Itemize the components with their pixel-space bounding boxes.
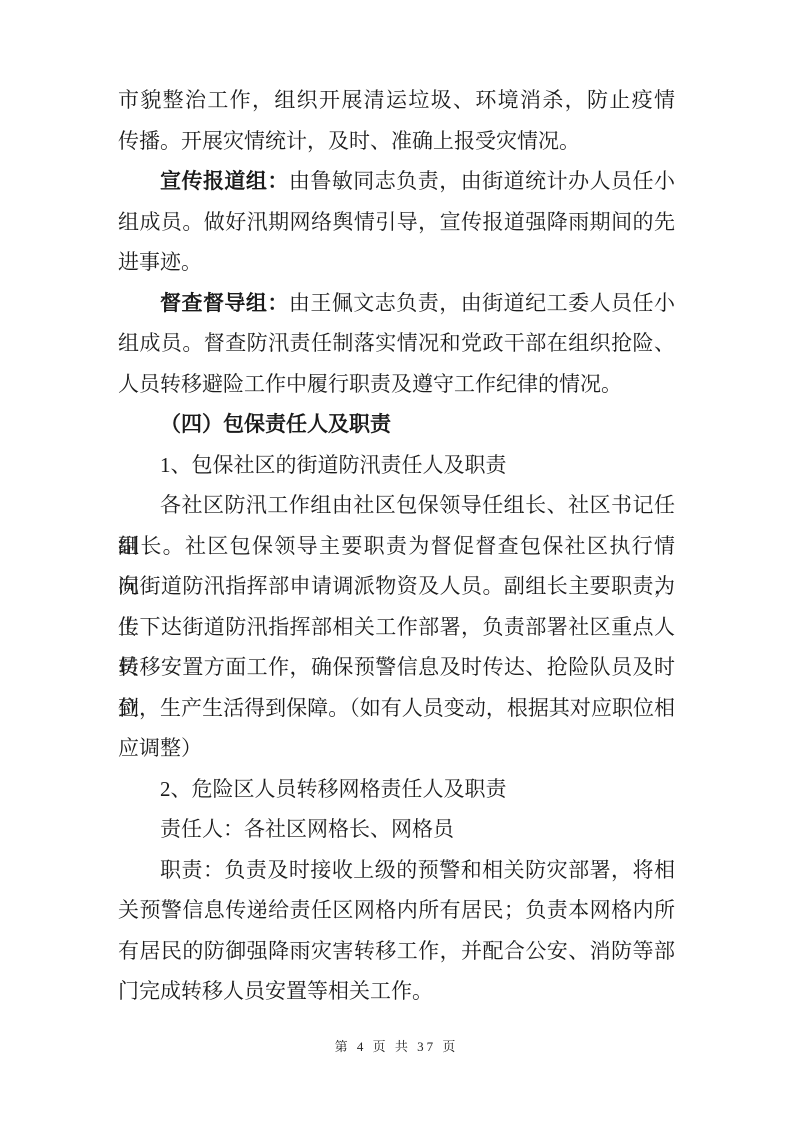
text-line: 市貌整治工作，组织开展清运垃圾、环境消杀，防止疫情 bbox=[118, 80, 675, 121]
line-text: 由鲁敏同志负责，由街道统计办人员任小 bbox=[289, 169, 675, 193]
text-line: 位，生产生活得到保障。（如有人员变动，根据其对应职位相 bbox=[118, 688, 675, 729]
text-line: 责任人：各社区网格长、网格员 bbox=[118, 809, 675, 850]
text-line: 关预警信息传递给责任区网格内所有居民；负责本网格内所 bbox=[118, 890, 675, 931]
line-text: 组成员。做好汛期网络舆情引导，宣传报道强降雨期间的先 bbox=[118, 210, 675, 234]
text-line: 传播。开展灾情统计，及时、准确上报受灾情况。 bbox=[118, 121, 675, 162]
document-page: 市貌整治工作，组织开展清运垃圾、环境消杀，防止疫情 传播。开展灾情统计，及时、准… bbox=[0, 0, 793, 1122]
line-text: 1、包保社区的街道防汛责任人及职责 bbox=[160, 453, 507, 477]
document-body: 市貌整治工作，组织开展清运垃圾、环境消杀，防止疫情 传播。开展灾情统计，及时、准… bbox=[118, 80, 675, 1012]
text-line: 应调整） bbox=[118, 728, 675, 769]
text-line: 组长。社区包保领导主要职责为督促督查包保社区执行情况， bbox=[118, 526, 675, 567]
line-text: 2、危险区人员转移网格责任人及职责 bbox=[160, 777, 507, 801]
text-line: 转移安置方面工作，确保预警信息及时传达、抢险队员及时到 bbox=[118, 647, 675, 688]
text-line: 各社区防汛工作组由社区包保领导任组长、社区书记任副 bbox=[118, 485, 675, 526]
line-text: 组成员。督查防汛责任制落实情况和党政干部在组织抢险、 bbox=[118, 331, 675, 355]
line-text: 责任人：各社区网格长、网格员 bbox=[160, 817, 454, 841]
line-text: 由王佩文志负责，由街道纪工委人员任小 bbox=[289, 291, 675, 315]
line-text: 关预警信息传递给责任区网格内所有居民；负责本网格内所 bbox=[118, 898, 675, 922]
text-line: 门完成转移人员安置等相关工作。 bbox=[118, 971, 675, 1012]
text-line: 职责：负责及时接收上级的预警和相关防灾部署，将相 bbox=[118, 850, 675, 891]
text-line: 进事迹。 bbox=[118, 242, 675, 283]
line-text: 位，生产生活得到保障。（如有人员变动，根据其对应职位相 bbox=[118, 696, 675, 720]
line-text: 应调整） bbox=[118, 736, 202, 760]
line-bold-label: 督查督导组： bbox=[160, 291, 289, 315]
line-bold-label: （四）包保责任人及职责 bbox=[160, 412, 391, 436]
page-number-label: 第 4 页 共 37 页 bbox=[335, 1039, 459, 1054]
line-text: 职责：负责及时接收上级的预警和相关防灾部署，将相 bbox=[160, 858, 675, 882]
text-line: 传下达街道防汛指挥部相关工作部署，负责部署社区重点人员 bbox=[118, 607, 675, 648]
line-text: 有居民的防御强降雨灾害转移工作，并配合公安、消防等部 bbox=[118, 939, 675, 963]
line-text: 进事迹。 bbox=[118, 250, 202, 274]
section-heading: （四）包保责任人及职责 bbox=[118, 404, 675, 445]
text-line: 人员转移避险工作中履行职责及遵守工作纪律的情况。 bbox=[118, 364, 675, 405]
text-line: 宣传报道组：由鲁敏同志负责，由街道统计办人员任小 bbox=[118, 161, 675, 202]
page-footer: 第 4 页 共 37 页 bbox=[0, 1036, 793, 1055]
line-text: 市貌整治工作，组织开展清运垃圾、环境消杀，防止疫情 bbox=[118, 88, 675, 112]
text-line: 有居民的防御强降雨灾害转移工作，并配合公安、消防等部 bbox=[118, 931, 675, 972]
line-text: 传播。开展灾情统计，及时、准确上报受灾情况。 bbox=[118, 129, 580, 153]
text-line: 1、包保社区的街道防汛责任人及职责 bbox=[118, 445, 675, 486]
text-line: 2、危险区人员转移网格责任人及职责 bbox=[118, 769, 675, 810]
text-line: 督查督导组：由王佩文志负责，由街道纪工委人员任小 bbox=[118, 283, 675, 324]
line-bold-label: 宣传报道组： bbox=[160, 169, 289, 193]
text-line: 组成员。做好汛期网络舆情引导，宣传报道强降雨期间的先 bbox=[118, 202, 675, 243]
text-line: 组成员。督查防汛责任制落实情况和党政干部在组织抢险、 bbox=[118, 323, 675, 364]
line-text: 人员转移避险工作中履行职责及遵守工作纪律的情况。 bbox=[118, 372, 622, 396]
line-text: 门完成转移人员安置等相关工作。 bbox=[118, 979, 433, 1003]
text-line: 向街道防汛指挥部申请调派物资及人员。副组长主要职责为上 bbox=[118, 566, 675, 607]
